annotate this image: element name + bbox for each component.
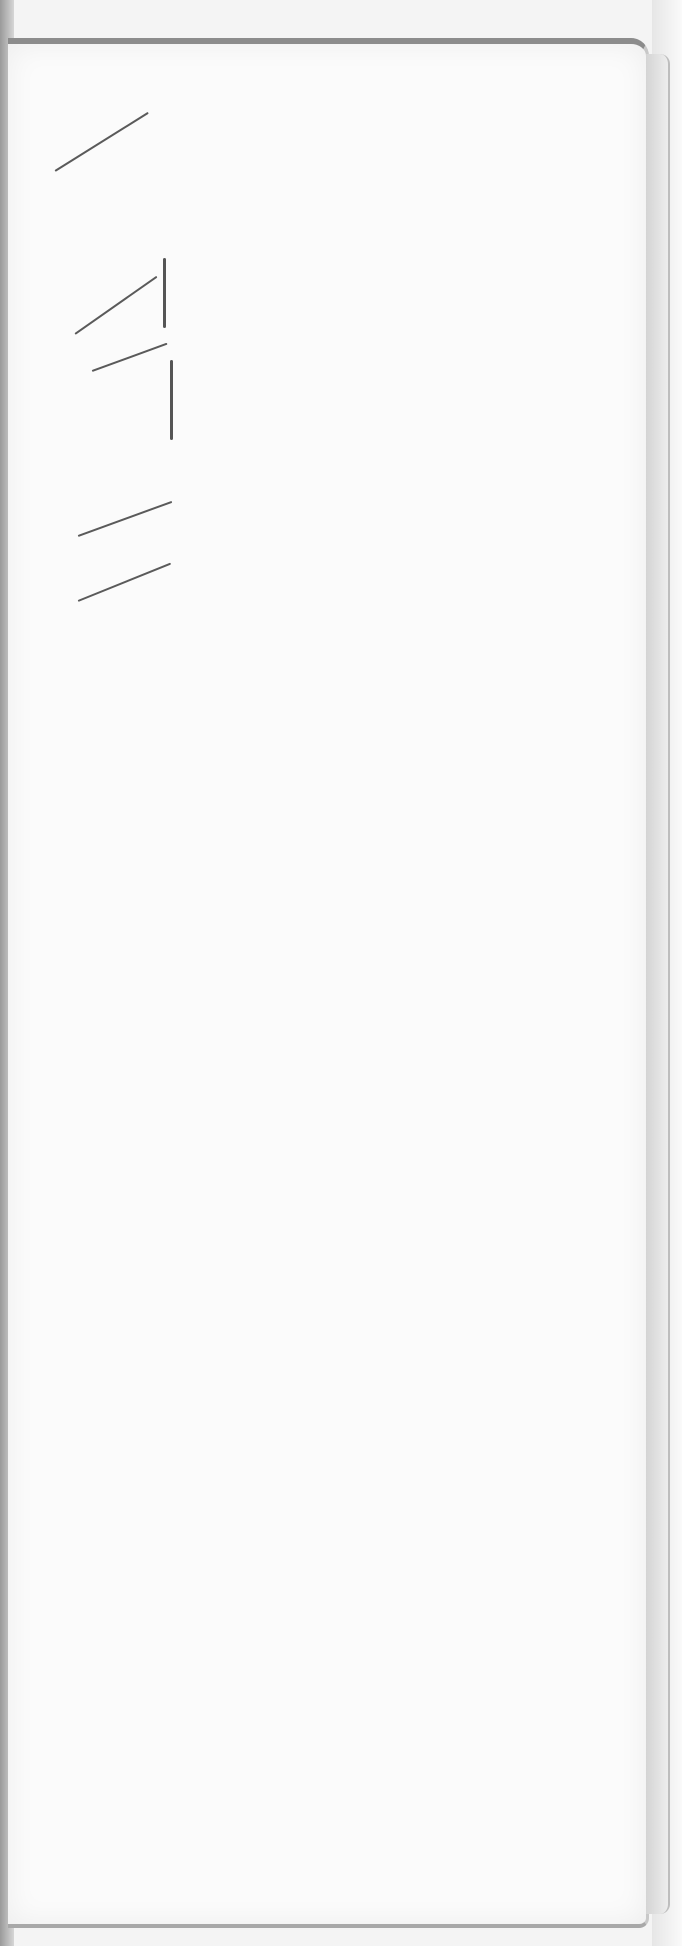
page-edge [646, 54, 670, 1914]
manuscript-page [8, 38, 649, 1928]
bracket-mark [170, 360, 173, 440]
bracket-mark [163, 258, 166, 328]
